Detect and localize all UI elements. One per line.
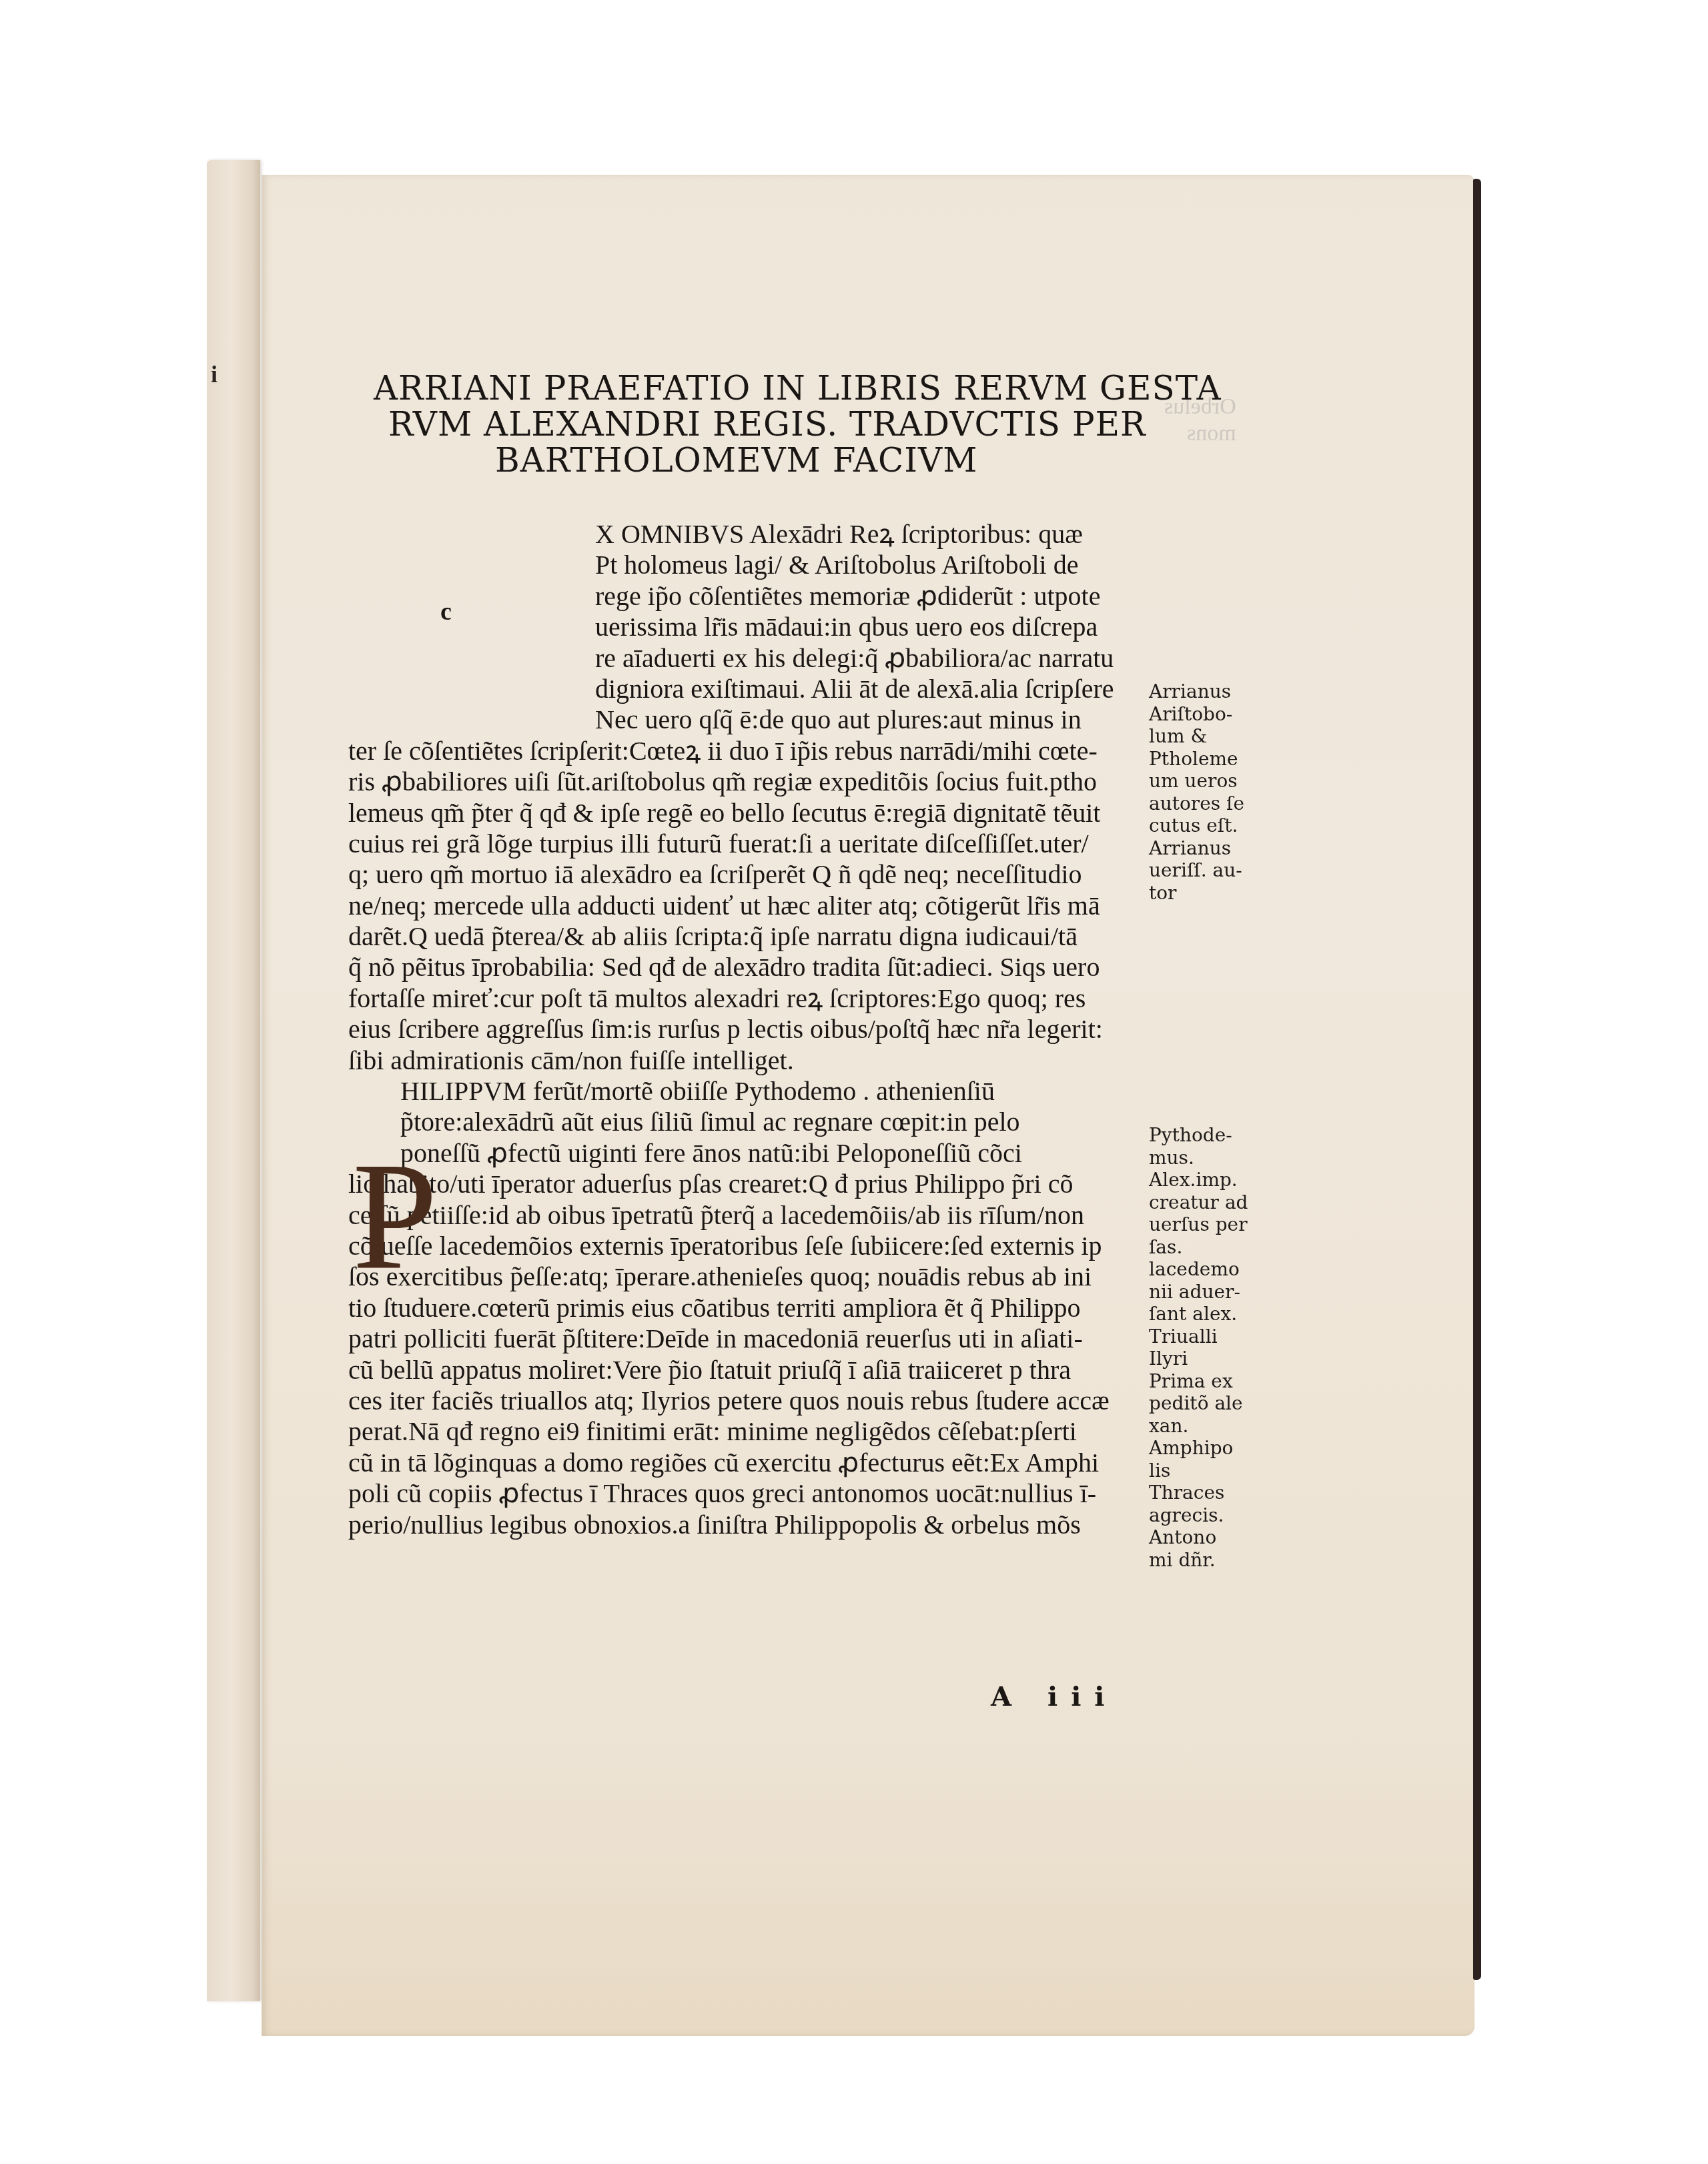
text-line: uerissima lr̃is mādaui:in qbus uero eos … bbox=[348, 612, 1139, 642]
text-line: cũ in tā lõginquas a domo regiões cũ exe… bbox=[348, 1448, 1139, 1478]
text-line: X OMNIBVS Alexādri Reꝝ ſcriptoribus: quæ bbox=[348, 519, 1139, 550]
text-line: poli cũ copiis ꝓfectus ī Thraces quos gr… bbox=[348, 1478, 1139, 1509]
left-page-bleed-letter: i bbox=[211, 360, 218, 387]
text-line: HILIPPVM ferũt/mortẽ obiiſſe Pythodemo .… bbox=[348, 1076, 1139, 1107]
marginal-note-line: tor bbox=[1149, 882, 1262, 905]
marginal-note-line: lacedemo bbox=[1149, 1258, 1262, 1281]
marginal-note-line: Ariſtobo- bbox=[1149, 703, 1262, 726]
text-line: tio ſtuduere.cœterũ primis eius cõatibus… bbox=[348, 1293, 1139, 1323]
text-line: cõſueſſe lacedemõios externis īperatorib… bbox=[348, 1231, 1139, 1261]
left-page-edge: i bbox=[207, 160, 260, 2001]
marginal-note-line: Prima ex bbox=[1149, 1370, 1262, 1393]
marginal-note-line: mus. bbox=[1149, 1147, 1262, 1169]
marginal-note-line: Alex.imp. bbox=[1149, 1169, 1262, 1191]
marginal-note-line: xan. bbox=[1149, 1415, 1262, 1438]
text-line: ceſſũ petiiſſe:id ab oibus īpetratũ p̃te… bbox=[348, 1200, 1139, 1231]
text-line: p̃tore:alexādrũ aũt eius ſiliũ ſimul ac … bbox=[348, 1107, 1139, 1137]
marginal-note-line: creatur ad bbox=[1149, 1191, 1262, 1214]
marginal-note-line: Triualli bbox=[1149, 1325, 1262, 1348]
title-line-2: RVM ALEXANDRI REGIS. TRADVCTIS PER bbox=[374, 406, 1134, 442]
marginal-note-line: Antono bbox=[1149, 1526, 1262, 1549]
text-line: q; uero qm̃ mortuo iā alexādro ea ſcriſp… bbox=[348, 859, 1139, 890]
text-line: Nec uero qſq̃ ē:de quo aut plures:aut mi… bbox=[348, 704, 1139, 735]
title-line-1: ARRIANI PRAEFATIO IN LIBRIS RERVM GESTA bbox=[374, 370, 1134, 406]
marginal-note-line: ueriſſ. au- bbox=[1149, 859, 1262, 882]
text-line: perio/nullius legibus obnoxios.a ſiniſtr… bbox=[348, 1510, 1139, 1540]
text-line: ſos exercitibus p̃eſſe:atq; īperare.athe… bbox=[348, 1261, 1139, 1292]
binding-edge bbox=[1473, 179, 1481, 1980]
marginal-note-line: Ilyri bbox=[1149, 1347, 1262, 1370]
text-line: ces iter faciẽs triuallos atq; Ilyrios p… bbox=[348, 1386, 1139, 1416]
text-line: q̃ nõ pẽitus īprobabilia: Sed qđ de alex… bbox=[348, 952, 1139, 983]
title-line-3: BARTHOLOMEVM FACIVM bbox=[374, 442, 1134, 478]
drop-cap-initial: P bbox=[352, 1153, 452, 1279]
marginal-note-line: nii aduer- bbox=[1149, 1281, 1262, 1303]
marginal-note-line: mi dñr. bbox=[1149, 1549, 1262, 1572]
text-line: re aīaduerti ex his delegi:q̃ ꝓbabiliora… bbox=[348, 643, 1139, 674]
marginal-note-line: ſant alex. bbox=[1149, 1303, 1262, 1325]
marginal-note-line: autores ſe bbox=[1149, 792, 1262, 815]
text-line: poneſſũ ꝓfectũ uiginti fere ānos natũ:ib… bbox=[348, 1138, 1139, 1169]
text-line: cuius rei grã lõge turpius illi futurũ f… bbox=[348, 829, 1139, 859]
text-line: fortaſſe mireť:cur poſt tā multos alexad… bbox=[348, 983, 1139, 1014]
marginal-note-line: um ueros bbox=[1149, 770, 1262, 792]
text-line: cũ bellũ appatus moliret:Vere p̃io ſtatu… bbox=[348, 1355, 1139, 1386]
text-line: digniora exiſtimaui. Alii āt de alexā.al… bbox=[348, 674, 1139, 704]
body-text: X OMNIBVS Alexādri Reꝝ ſcriptoribus: quæ… bbox=[348, 519, 1139, 1540]
marginal-note-line: uerſus per bbox=[1149, 1213, 1262, 1236]
text-line: Pt holomeus lagi/ & Ariſtobolus Ariſtobo… bbox=[348, 550, 1139, 580]
text-line: ter ſe cõſentiẽtes ſcripſerit:Cœteꝝ ii d… bbox=[348, 736, 1139, 766]
signature-mark: A iii bbox=[991, 1681, 1118, 1712]
marginal-note-line: peditõ ale bbox=[1149, 1392, 1262, 1415]
marginalia-group-1: Arrianus Ariſtobo- lum & Ptholeme um uer… bbox=[1149, 680, 1262, 904]
text-line: ſibi admirationis cām/non fuiſſe intelli… bbox=[348, 1045, 1139, 1076]
page-title: ARRIANI PRAEFATIO IN LIBRIS RERVM GESTA … bbox=[374, 370, 1134, 478]
marginal-note-line: Arrianus bbox=[1149, 837, 1262, 860]
text-line: ne/neq; mercede ulla adducti uidenť ut h… bbox=[348, 891, 1139, 921]
marginal-note-line: Arrianus bbox=[1149, 680, 1262, 703]
text-line: patri polliciti fuerāt p̃ſtitere:Deīde i… bbox=[348, 1323, 1139, 1354]
text-line: lemeus qm̃ p̃ter q̃ qđ & ipſe regẽ eo be… bbox=[348, 798, 1139, 829]
marginal-note-line: cutus eſt. bbox=[1149, 815, 1262, 837]
marginal-note-line: Amphipo bbox=[1149, 1437, 1262, 1460]
marginal-note-line: Pythode- bbox=[1149, 1124, 1262, 1147]
text-line: lio habito/uti īperator aduerſus pſas cr… bbox=[348, 1169, 1139, 1199]
marginalia-group-2: Pythode- mus. Alex.imp. creatur ad uerſu… bbox=[1149, 1124, 1262, 1571]
marginal-note-line: agrecis. bbox=[1149, 1504, 1262, 1527]
text-line: rege ip̃o cõſentiẽtes memoriæ ꝓdiderũt :… bbox=[348, 581, 1139, 612]
marginal-note-line: lum & bbox=[1149, 725, 1262, 748]
text-line: perat.Nā qđ regno ei9 finitimi erāt: min… bbox=[348, 1416, 1139, 1447]
text-line: ris ꝓbabiliores uiſi ſũt.ariſtobolus qm̃… bbox=[348, 766, 1139, 797]
marginal-note-line: ſas. bbox=[1149, 1236, 1262, 1259]
marginal-note-line: lis bbox=[1149, 1460, 1262, 1482]
marginal-note-line: Thraces bbox=[1149, 1482, 1262, 1504]
marginal-note-line: Ptholeme bbox=[1149, 748, 1262, 770]
text-line: eius ſcribere aggreſſus ſim:is rurſus p … bbox=[348, 1014, 1139, 1045]
text-line: darẽt.Q uedā p̃terea/& ab aliis ſcripta:… bbox=[348, 921, 1139, 952]
